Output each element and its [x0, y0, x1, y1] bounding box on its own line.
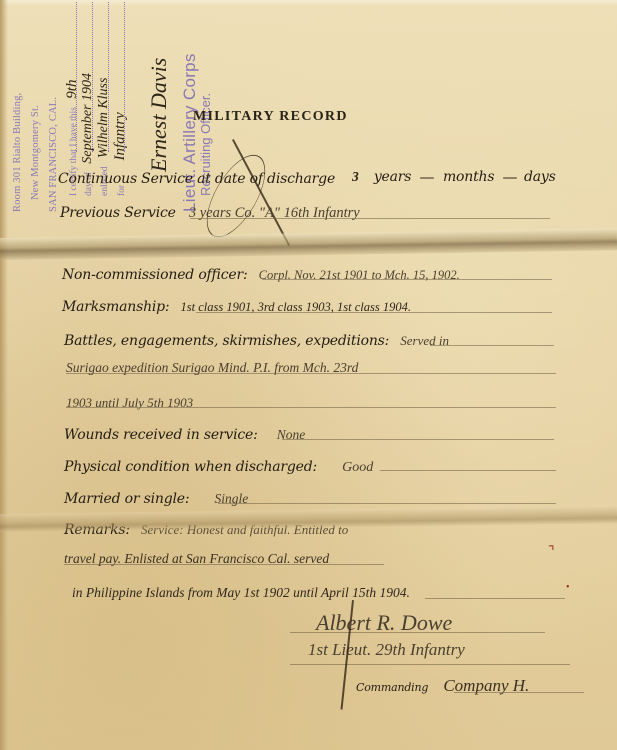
field-underline [66, 407, 556, 408]
field-underline [380, 470, 556, 471]
days-value: — [503, 169, 517, 184]
stamp-cert-hand-day: 9th [64, 80, 80, 99]
field-underline [196, 312, 552, 313]
field-label: Wounds received in service: [64, 427, 258, 443]
commanding-label: Commanding [356, 681, 428, 694]
stamp-officer-rank: Lieut. Artillery Corps [180, 53, 200, 212]
paper-fold-crease [0, 228, 617, 260]
stamp-dotted-line [92, 2, 93, 152]
stamp-dotted-line [124, 2, 125, 152]
field-value-line-3: in Philippine Islands from May 1st 1902 … [72, 585, 410, 600]
field-underline [64, 564, 384, 565]
field-marital-status: Married or single: Single [64, 488, 248, 507]
stamp-dotted-line [108, 2, 109, 152]
field-value: Good [342, 460, 373, 475]
field-underline [66, 373, 556, 374]
stamp-dotted-line [76, 2, 77, 152]
years-label: years [374, 169, 411, 185]
field-battles-continued: 1903 until July 5th 1903 [66, 392, 193, 411]
military-record-document: Room 301 Rialto Building, New Montgomery… [0, 0, 617, 750]
field-label: Married or single: [64, 491, 189, 507]
stamp-address-line-3: SAN FRANCISCO, CAL. [48, 97, 59, 212]
field-underline [430, 345, 554, 346]
field-wounds: Wounds received in service: None [64, 424, 305, 443]
field-label: Battles, engagements, skirmishes, expedi… [64, 333, 389, 349]
field-nco: Non-commissioned officer: Corpl. Nov. 21… [62, 264, 460, 283]
field-continuous-service: Continuous Service at date of discharge [58, 168, 335, 187]
stamp-address-line-2: New Montgomery St. [30, 105, 41, 200]
red-ink-mark: ⌝ [548, 544, 555, 561]
field-underline [425, 598, 565, 599]
field-underline [190, 218, 550, 219]
stamp-address-line-1: Room 301 Rialto Building, [12, 93, 23, 212]
field-physical-condition: Physical condition when discharged: Good [64, 456, 373, 476]
page-title: MILITARY RECORD [193, 109, 348, 125]
field-underline [282, 439, 554, 440]
signature-underline [290, 632, 545, 633]
commander-rank: 1st Lieut. 29th Infantry [308, 640, 465, 660]
red-ink-mark: • [566, 582, 570, 593]
commanding-field: Commanding Company H. [356, 676, 529, 696]
recruiting-officer-signature: Ernest Davis [146, 58, 172, 172]
months-value: — [420, 169, 434, 184]
field-label: Marksmanship: [62, 299, 169, 315]
field-label: Non-commissioned officer: [62, 267, 248, 283]
field-underline [262, 279, 552, 280]
field-previous-service: Previous Service 3 years Co. "A" 16th In… [60, 202, 360, 222]
years-value: 3 [352, 169, 359, 184]
stamp-cert-hand-branch: Infantry [112, 112, 128, 160]
field-continuous-service-values: 3 years — months — days [352, 166, 556, 185]
months-label: months [443, 169, 494, 185]
commanding-underline [454, 692, 584, 693]
field-label: Continuous Service at date of discharge [58, 171, 335, 187]
field-underline [218, 503, 556, 504]
days-label: days [524, 169, 556, 185]
field-battles: Battles, engagements, skirmishes, expedi… [64, 330, 449, 349]
paper-left-edge [0, 0, 8, 750]
field-remarks-continued: in Philippine Islands from May 1st 1902 … [72, 582, 410, 601]
field-label: Physical condition when discharged: [64, 459, 317, 475]
rank-underline [290, 664, 570, 665]
field-label: Previous Service [60, 205, 176, 221]
